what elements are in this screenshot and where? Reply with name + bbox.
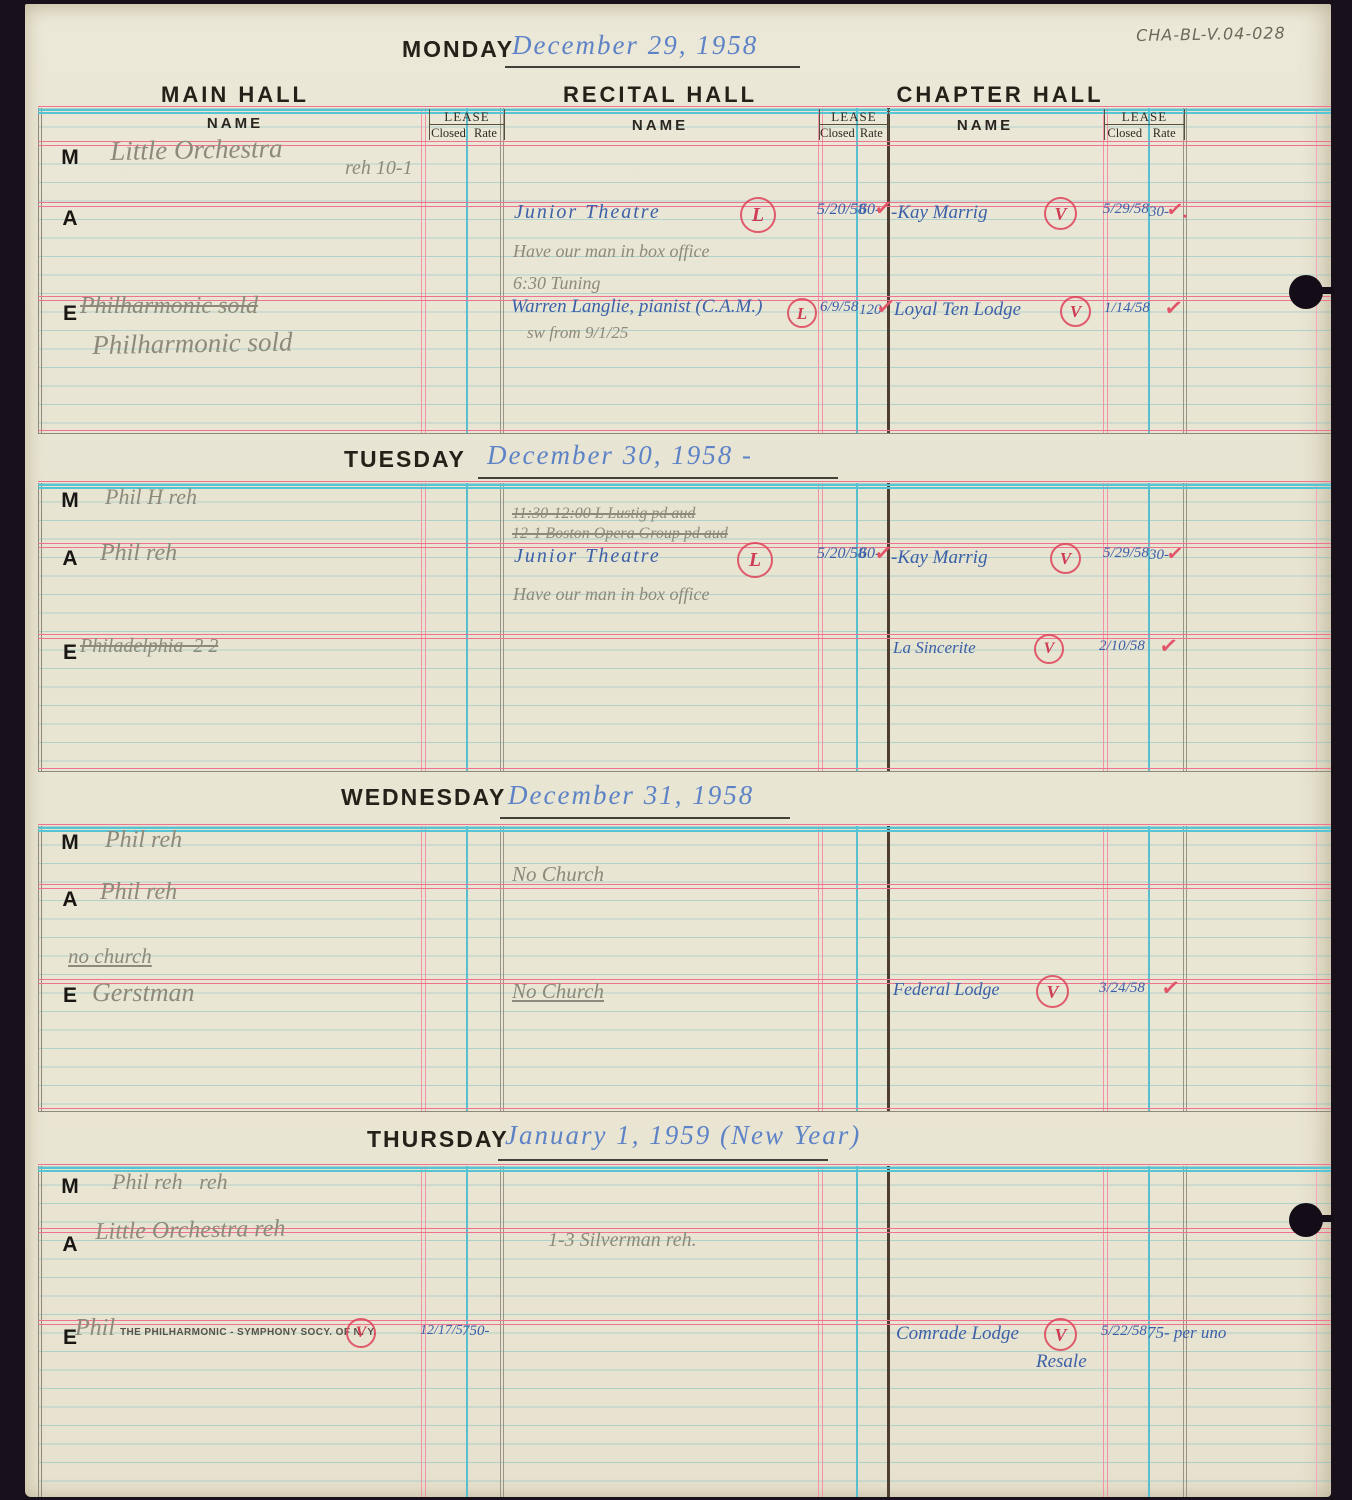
column-rule xyxy=(1186,826,1187,1111)
date-underline xyxy=(500,817,790,819)
tue-recital-a-name: Junior Theatre xyxy=(514,546,661,566)
tue-chapter-e-lease-circle: V xyxy=(1034,634,1064,664)
column-rule xyxy=(421,826,422,1111)
thu-chapter-e-rate: 75- per uno xyxy=(1147,1324,1226,1341)
wed-main-e-entry: Gerstman xyxy=(92,980,195,1006)
row-rule xyxy=(38,1164,1331,1165)
hall-title-recital: RECITAL HALL xyxy=(540,82,780,108)
row-rule xyxy=(38,884,1331,885)
tue-chapter-a-closed: 5/29/58 xyxy=(1103,546,1149,561)
mon-chapter-e-closed: 1/14/58 xyxy=(1104,301,1150,316)
column-rule xyxy=(500,826,501,1111)
tue-main-e-entry-struck: Philadelphia 2 2 xyxy=(80,636,218,656)
column-rule xyxy=(1316,108,1317,433)
rate-label: Rate xyxy=(1145,126,1185,141)
date-underline xyxy=(478,477,838,479)
row-label-a: A xyxy=(58,888,82,912)
rate-label: Rate xyxy=(855,126,888,141)
row-rule xyxy=(38,827,1331,829)
column-rule xyxy=(856,826,858,1111)
mon-main-e-entry: Philharmonic sold xyxy=(92,329,293,359)
column-rule xyxy=(887,108,890,433)
row-label-e: E xyxy=(58,302,82,326)
thu-main-e-closed: 12/17/5 xyxy=(420,1324,463,1338)
thu-main-e-scribble: Phil xyxy=(75,1316,115,1340)
column-rule xyxy=(421,483,422,771)
hall-title-chapter: CHAPTER HALL xyxy=(880,82,1120,108)
row-rule xyxy=(38,771,1331,772)
mon-main-e-entry-struck: Philharmonic sold xyxy=(80,294,258,318)
day-date-monday: December 29, 1958 xyxy=(512,30,758,61)
thu-main-m-entry: Phil reh reh xyxy=(112,1171,228,1193)
column-rule xyxy=(466,826,468,1111)
tue-recital-a-lease-circle: L xyxy=(737,542,773,578)
column-rule xyxy=(1183,826,1184,1111)
day-date-wednesday: December 31, 1958 xyxy=(508,780,754,811)
column-rule xyxy=(1186,108,1187,433)
mon-recital-e-name: Warren Langlie, pianist (C.A.M.) xyxy=(511,297,762,316)
column-rule xyxy=(856,1166,858,1497)
column-rule xyxy=(500,108,501,433)
thu-main-e-lease-circle: V xyxy=(346,1318,376,1348)
mon-chapter-e-check: ✓ xyxy=(1163,296,1184,320)
lease-label: LEASE xyxy=(1105,109,1184,125)
row-label-e: E xyxy=(58,984,82,1008)
row-label-a: A xyxy=(58,207,82,231)
column-rule xyxy=(503,483,504,771)
day-date-tuesday: December 30, 1958 - xyxy=(487,440,753,471)
booking-ledger-page: MONDAY December 29, 1958 TUESDAY Decembe… xyxy=(0,0,1352,1500)
column-rule xyxy=(500,483,501,771)
tue-chapter-a-name: -Kay Marrig xyxy=(891,548,988,567)
column-rule xyxy=(822,108,823,433)
wed-main-note: no church xyxy=(68,946,152,967)
column-header-name-chapter: NAME xyxy=(895,117,1075,134)
row-rule xyxy=(38,888,1331,889)
mon-chapter-a-check: ✓. xyxy=(1165,199,1189,222)
row-rule xyxy=(38,484,1331,486)
column-rule xyxy=(466,108,468,433)
row-rule xyxy=(38,481,1331,482)
column-rule xyxy=(1148,826,1150,1111)
row-rule xyxy=(38,1111,1331,1112)
column-rule xyxy=(818,826,819,1111)
tue-chapter-e-check: ✓ xyxy=(1158,634,1179,658)
lease-label: LEASE xyxy=(430,109,504,125)
column-rule xyxy=(1103,483,1104,771)
column-rule xyxy=(41,826,42,1111)
row-rule xyxy=(38,543,1331,544)
row-rule xyxy=(38,1108,1331,1109)
column-rule xyxy=(1103,826,1104,1111)
mon-recital-a-name: Junior Theatre xyxy=(514,202,661,222)
thu-main-a-entry: Little Orchestra reh xyxy=(95,1217,286,1244)
closed-label: Closed xyxy=(1105,126,1145,141)
wed-main-m-entry: Phil reh xyxy=(105,828,182,852)
column-rule xyxy=(425,108,426,433)
thu-chapter-e-note: Resale xyxy=(1036,1352,1087,1371)
lease-header-recital: LEASE Closed Rate xyxy=(819,109,889,140)
row-label-m: M xyxy=(58,1175,82,1199)
tue-recital-a-note: Have our man in box office xyxy=(513,585,709,603)
column-rule xyxy=(887,483,890,771)
column-rule xyxy=(38,483,39,771)
column-rule xyxy=(503,108,504,433)
column-rule xyxy=(887,1166,890,1497)
wed-chapter-e-lease-circle: V xyxy=(1036,975,1069,1008)
column-rule xyxy=(818,483,819,771)
row-rule xyxy=(38,433,1331,434)
day-title-monday: MONDAY xyxy=(402,36,514,63)
lease-header-chapter: LEASE Closed Rate xyxy=(1104,109,1185,140)
mon-chapter-e-name: Loyal Ten Lodge xyxy=(894,300,1021,319)
column-header-name-main: NAME xyxy=(100,115,370,132)
column-rule xyxy=(1183,483,1184,771)
column-rule xyxy=(822,483,823,771)
row-label-m: M xyxy=(58,146,82,170)
column-rule xyxy=(818,108,819,433)
column-rule xyxy=(1107,483,1108,771)
column-header-name-recital: NAME xyxy=(545,117,775,134)
thu-chapter-e-lease-circle: V xyxy=(1044,1318,1077,1351)
mon-main-m-note: reh 10-1 xyxy=(345,158,413,178)
column-rule xyxy=(1186,483,1187,771)
mon-chapter-e-lease-circle: V xyxy=(1060,296,1091,327)
mon-recital-e-closed: 6/9/58 xyxy=(820,300,858,315)
row-label-a: A xyxy=(58,547,82,571)
row-rule xyxy=(38,634,1331,635)
column-rule xyxy=(38,1166,39,1497)
hole-punch-notch xyxy=(1318,287,1334,294)
column-rule xyxy=(425,826,426,1111)
column-rule xyxy=(41,108,42,433)
wed-recital-a-entry: No Church xyxy=(512,864,604,885)
column-rule xyxy=(856,108,858,433)
column-rule xyxy=(1107,826,1108,1111)
column-rule xyxy=(818,1166,819,1497)
ruled-table-band xyxy=(38,826,1331,1111)
mon-recital-a-note1: Have our man in box office xyxy=(513,242,709,260)
tue-recital-m-note-struck2: 12-1 Boston Opera Group pd aud xyxy=(512,526,728,542)
thu-chapter-e-closed: 5/22/58 xyxy=(1101,1324,1147,1339)
column-rule xyxy=(822,826,823,1111)
row-label-m: M xyxy=(58,489,82,513)
column-rule xyxy=(503,1166,504,1497)
row-rule xyxy=(38,824,1331,825)
row-rule xyxy=(38,830,1331,832)
day-title-wednesday: WEDNESDAY xyxy=(341,784,506,811)
day-title-tuesday: TUESDAY xyxy=(344,446,466,473)
hole-punch-notch xyxy=(1318,1215,1334,1222)
mon-chapter-a-name: -Kay Marrig xyxy=(891,203,988,222)
wed-chapter-e-check: ✓ xyxy=(1160,976,1181,1000)
row-rule xyxy=(38,768,1331,769)
column-rule xyxy=(1148,483,1150,771)
row-rule xyxy=(38,430,1331,431)
row-rule xyxy=(38,1320,1331,1321)
tue-chapter-e-closed: 2/10/58 xyxy=(1099,639,1145,654)
column-rule xyxy=(822,1166,823,1497)
closed-label: Closed xyxy=(430,126,467,141)
row-label-a: A xyxy=(58,1233,82,1257)
wed-chapter-e-name: Federal Lodge xyxy=(893,980,999,998)
mon-recital-e-note: sw from 9/1/25 xyxy=(527,324,628,341)
column-rule xyxy=(503,826,504,1111)
day-title-thursday: THURSDAY xyxy=(367,1126,509,1153)
wed-chapter-e-closed: 3/24/58 xyxy=(1099,981,1145,996)
column-rule xyxy=(1316,483,1317,771)
thu-chapter-e-name: Comrade Lodge xyxy=(896,1324,1019,1343)
tue-main-a-entry: Phil reh xyxy=(100,541,177,565)
column-rule xyxy=(1148,108,1150,433)
tue-chapter-e-name: La Sincerite xyxy=(893,639,976,656)
thu-main-e-rate: 750- xyxy=(462,1324,490,1339)
column-rule xyxy=(1183,108,1184,433)
hall-title-main: MAIN HALL xyxy=(120,82,350,108)
mon-recital-a-lease-circle: L xyxy=(740,197,776,233)
mon-chapter-a-lease-circle: V xyxy=(1044,197,1077,230)
date-underline xyxy=(498,1159,828,1161)
column-rule xyxy=(38,108,39,433)
column-rule xyxy=(421,108,422,433)
column-rule xyxy=(425,483,426,771)
thu-main-e-stamp: THE PHILHARMONIC - SYMPHONY SOCY. OF N. … xyxy=(120,1328,376,1338)
mon-recital-a-note2: 6:30 Tuning xyxy=(513,274,601,292)
tue-main-m-entry: Phil H reh xyxy=(105,486,197,508)
row-rule xyxy=(38,1167,1331,1169)
column-rule xyxy=(1316,826,1317,1111)
column-rule xyxy=(1103,108,1104,433)
rate-label: Rate xyxy=(467,126,504,141)
row-label-m: M xyxy=(58,831,82,855)
column-rule xyxy=(41,1166,42,1497)
tue-chapter-a-lease-circle: V xyxy=(1050,543,1081,574)
column-rule xyxy=(38,826,39,1111)
lease-header-main: LEASE Closed Rate xyxy=(429,109,505,140)
lease-label: LEASE xyxy=(820,109,888,125)
column-rule xyxy=(887,826,890,1111)
closed-label: Closed xyxy=(820,126,855,141)
row-label-e: E xyxy=(58,641,82,665)
row-rule xyxy=(38,1170,1331,1172)
wed-recital-e-entry: No Church xyxy=(512,981,604,1002)
mon-chapter-a-closed: 5/29/58 xyxy=(1103,202,1149,217)
column-rule xyxy=(466,483,468,771)
wed-main-a-entry: Phil reh xyxy=(100,880,177,904)
row-rule xyxy=(38,487,1331,489)
tue-chapter-a-check: ✓ xyxy=(1165,543,1184,565)
column-rule xyxy=(500,1166,501,1497)
column-rule xyxy=(1107,108,1108,433)
ref-number: CHA-BL-V.04-028 xyxy=(1136,25,1286,44)
date-underline xyxy=(505,66,800,68)
thu-recital-a-entry: 1-3 Silverman reh. xyxy=(548,1230,697,1250)
tue-recital-m-note-struck1: 11:30-12:00 L Lustig pd aud xyxy=(512,506,695,522)
mon-main-m-entry: Little Orchestra xyxy=(110,135,283,165)
mon-recital-e-lease-circle: L xyxy=(787,298,817,328)
column-rule xyxy=(856,483,858,771)
column-rule xyxy=(41,483,42,771)
day-date-thursday: January 1, 1959 (New Year) xyxy=(505,1120,861,1151)
